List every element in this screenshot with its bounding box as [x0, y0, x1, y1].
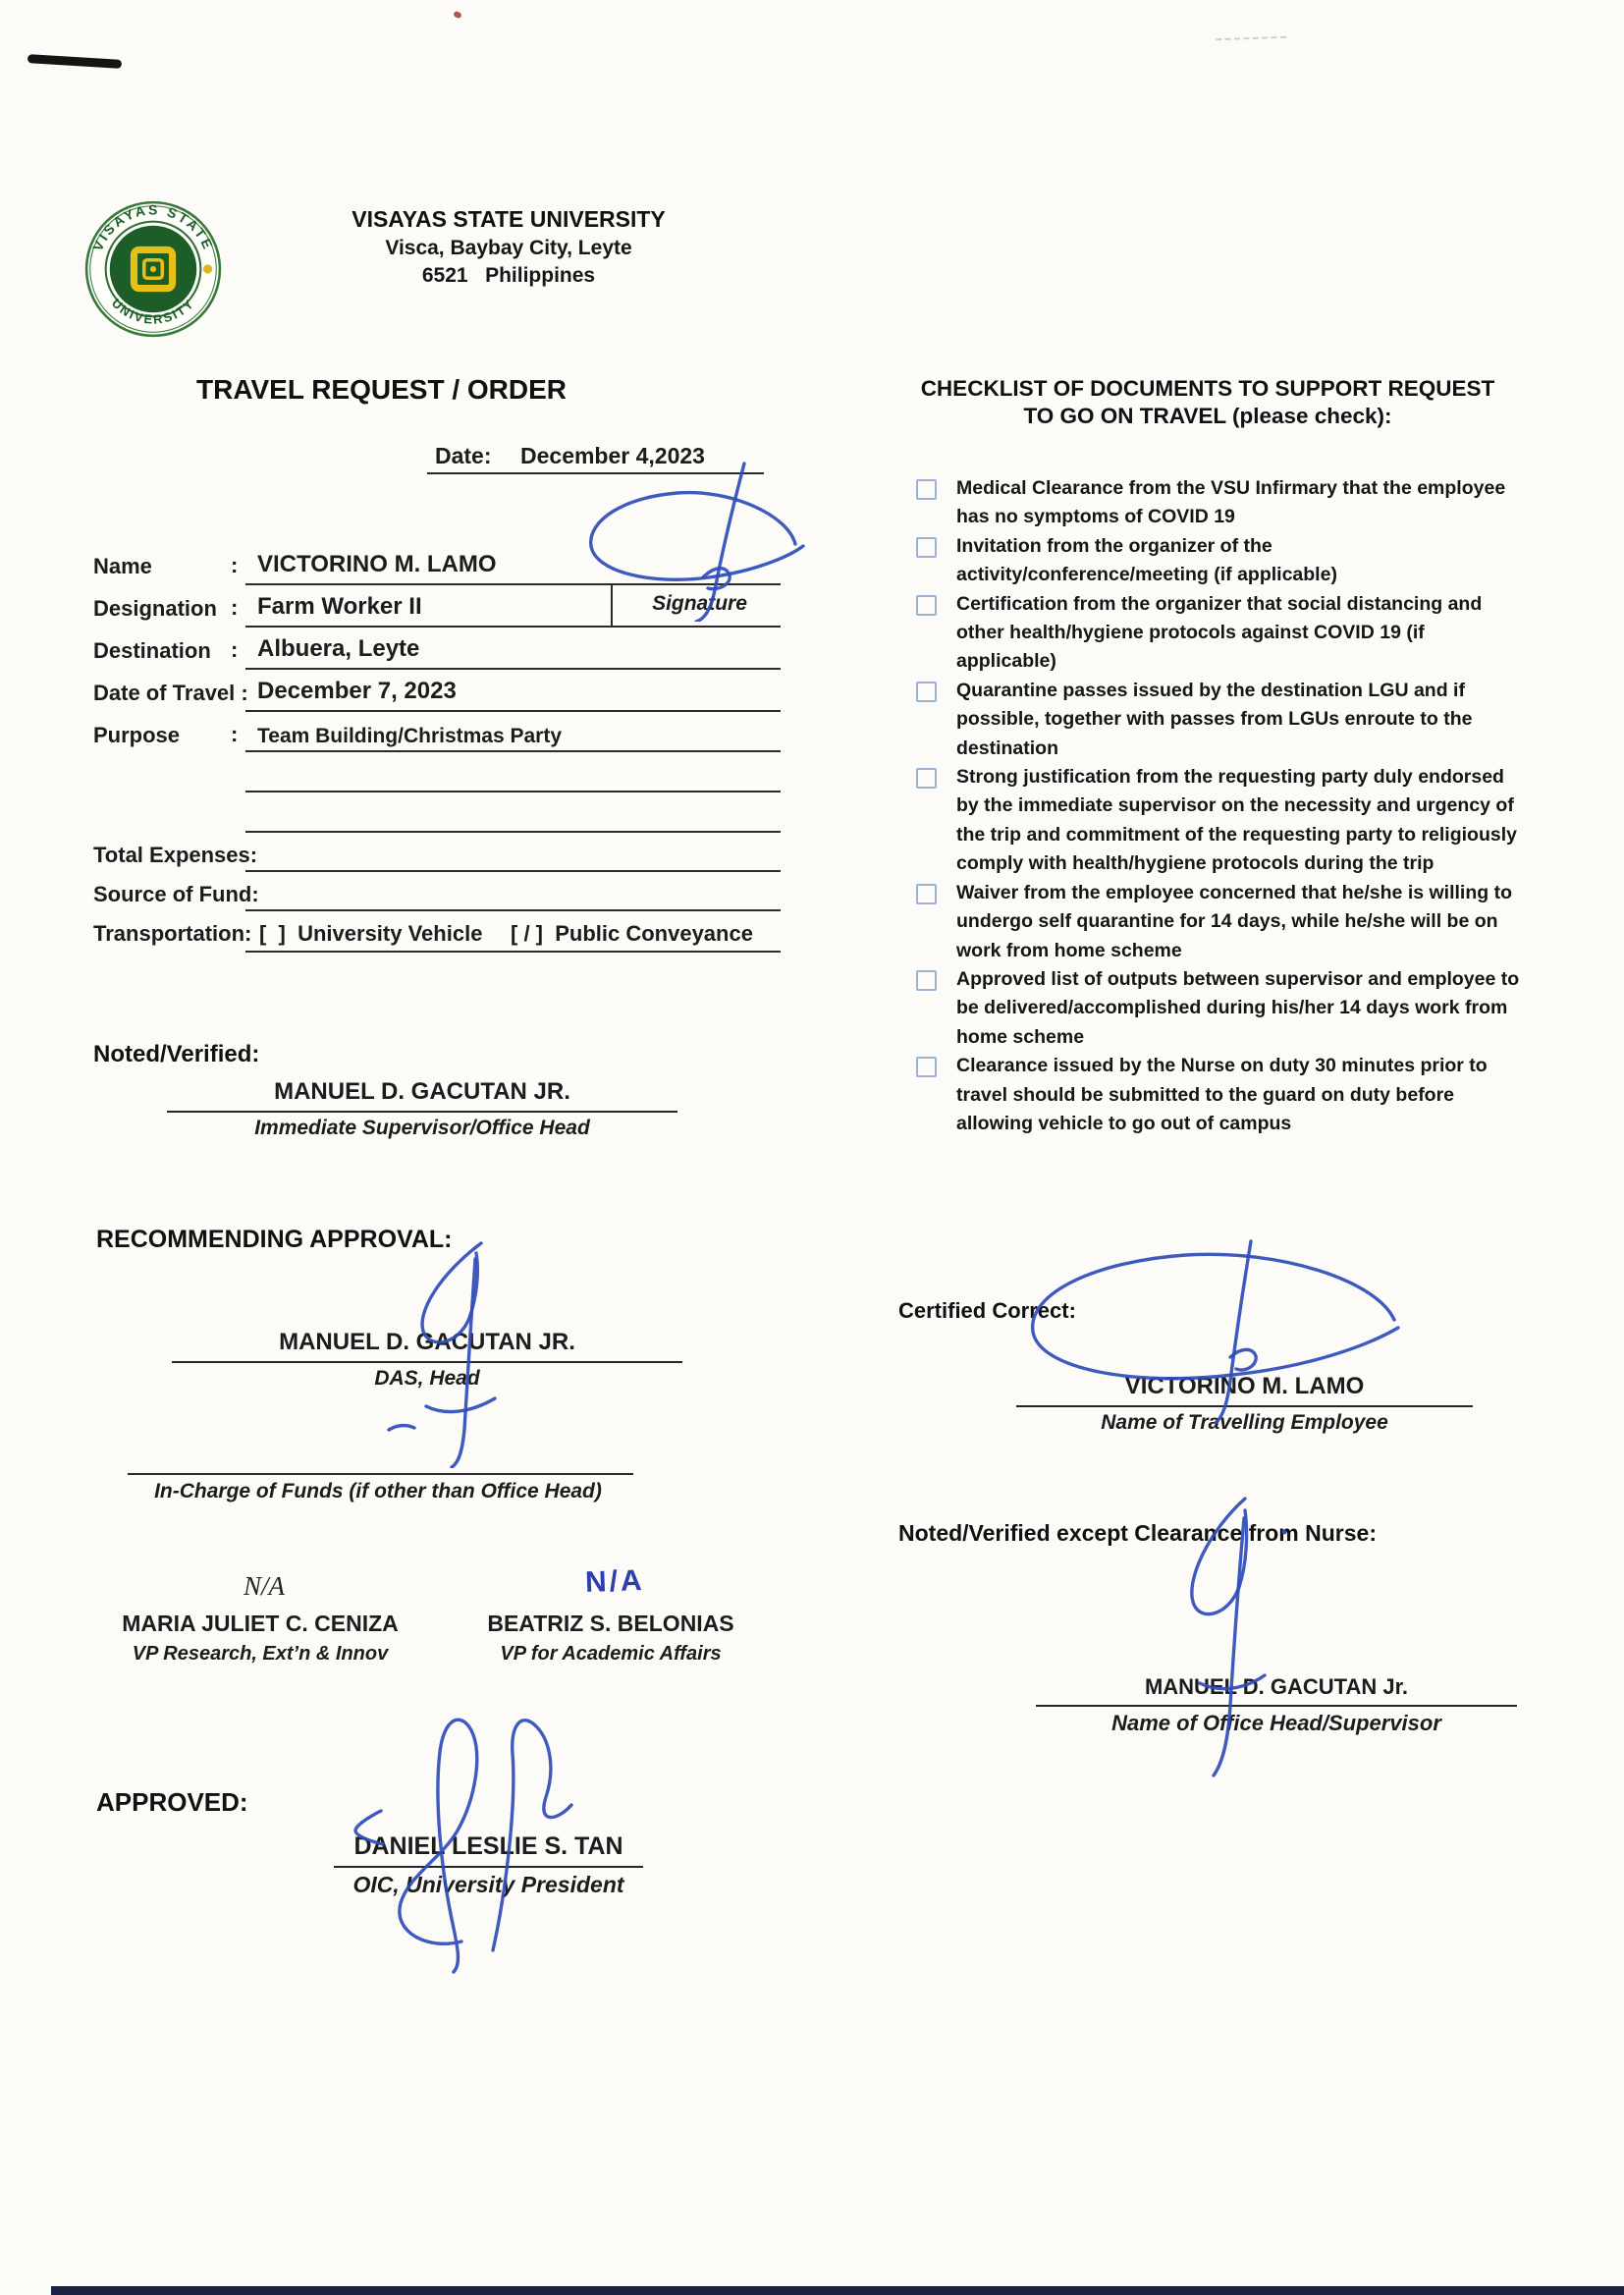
destination-label: Destination — [93, 638, 211, 664]
date-of-travel-underline — [245, 710, 781, 712]
destination-colon: : — [231, 637, 238, 663]
red-ink-dot-artifact — [453, 11, 462, 20]
designation-value: Farm Worker II — [257, 593, 422, 621]
checklist-item-text: Strong justification from the requesting… — [956, 763, 1527, 879]
noted-verified-label: Noted/Verified: — [93, 1041, 259, 1068]
checklist-item: Strong justification from the requesting… — [916, 763, 1527, 879]
vp-academic-block: BEATRIZ S. BELONIAS VP for Academic Affa… — [454, 1611, 768, 1666]
checklist-header: CHECKLIST OF DOCUMENTS TO SUPPORT REQUES… — [884, 375, 1532, 430]
checklist-item-text: Quarantine passes issued by the destinat… — [956, 677, 1527, 763]
office-head-title: Name of Office Head/Supervisor — [1036, 1707, 1517, 1736]
scan-edge-strip — [51, 2286, 1624, 2295]
date-label: Date: — [435, 443, 492, 469]
na-handwritten-annotation: N/A — [584, 1564, 645, 1600]
checklist-item-text: Invitation from the organizer of the act… — [956, 532, 1527, 590]
university-name: VISAYAS STATE UNIVERSITY — [283, 206, 734, 233]
designation-underline — [245, 626, 781, 628]
supervisor-signatory-block: MANUEL D. GACUTAN JR. Immediate Supervis… — [167, 1078, 677, 1140]
checklist-item-text: Certification from the organizer that so… — [956, 590, 1527, 677]
checklist-item: Quarantine passes issued by the destinat… — [916, 677, 1527, 763]
checklist-item: Clearance issued by the Nurse on duty 30… — [916, 1052, 1527, 1138]
vp-research-name: MARIA JULIET C. CENIZA — [103, 1611, 417, 1639]
total-expenses-underline — [245, 870, 781, 872]
checklist-item: Certification from the organizer that so… — [916, 590, 1527, 677]
vp-academic-title: VP for Academic Affairs — [454, 1639, 768, 1666]
source-of-fund-label: Source of Fund: — [93, 882, 259, 907]
vp-academic-name: BEATRIZ S. BELONIAS — [454, 1611, 768, 1639]
pencil-scratch-artifact — [1216, 36, 1286, 41]
checklist-items: Medical Clearance from the VSU Infirmary… — [916, 474, 1527, 1138]
checklist-title-line2: TO GO ON TRAVEL (please check): — [884, 403, 1532, 430]
seal-sun-icon — [203, 264, 212, 273]
source-of-fund-underline — [245, 909, 781, 911]
checkbox-icon[interactable] — [916, 682, 937, 702]
checklist-item-text: Waiver from the employee concerned that … — [956, 879, 1527, 965]
supervisor-name: MANUEL D. GACUTAN JR. — [167, 1078, 677, 1113]
checklist-item: Medical Clearance from the VSU Infirmary… — [916, 474, 1527, 532]
name-underline — [245, 583, 781, 585]
purpose-label: Purpose — [93, 723, 180, 748]
travelling-employee-block: VICTORINO M. LAMO Name of Travelling Emp… — [1016, 1373, 1473, 1435]
date-underline — [427, 472, 764, 474]
signature-label: Signature — [619, 592, 781, 616]
university-address-line1: Visca, Baybay City, Leyte — [283, 237, 734, 260]
checkbox-icon[interactable] — [916, 1057, 937, 1077]
name-value: VICTORINO M. LAMO — [257, 551, 497, 578]
checklist-title-line1: CHECKLIST OF DOCUMENTS TO SUPPORT REQUES… — [884, 375, 1532, 403]
date-value: December 4,2023 — [520, 443, 705, 469]
transportation-label: Transportation: — [93, 921, 251, 947]
purpose-colon: : — [231, 722, 238, 747]
office-head-block: MANUEL D. GACUTAN Jr. Name of Office Hea… — [1036, 1674, 1517, 1736]
university-seal-logo: VISAYAS STATE UNIVERSITY — [82, 198, 224, 340]
blank-line-2 — [245, 831, 781, 833]
designation-label: Designation — [93, 596, 217, 622]
transport-option-public: [ / ] Public Conveyance — [511, 921, 753, 947]
president-name: DANIEL LESLIE S. TAN — [334, 1832, 643, 1868]
in-charge-of-funds-title: In-Charge of Funds (if other than Office… — [103, 1480, 653, 1503]
vp-research-title: VP Research, Ext’n & Innov — [103, 1639, 417, 1666]
destination-underline — [245, 668, 781, 670]
noted-except-nurse-label: Noted/Verified except Clearance from Nur… — [898, 1520, 1377, 1547]
checklist-item-text: Approved list of outputs between supervi… — [956, 965, 1527, 1052]
pen-mark-artifact — [27, 54, 122, 69]
date-of-travel-value: December 7, 2023 — [257, 678, 457, 705]
letterhead: VISAYAS STATE UNIVERSITY Visca, Baybay C… — [283, 206, 734, 288]
signature-cell-divider — [611, 585, 613, 626]
das-head-title: DAS, Head — [172, 1363, 682, 1391]
transportation-underline — [245, 951, 781, 953]
president-title: OIC, University President — [334, 1868, 643, 1898]
checkbox-icon[interactable] — [916, 970, 937, 991]
das-head-name: MANUEL D. GACUTAN JR. — [172, 1329, 682, 1363]
checkbox-icon[interactable] — [916, 768, 937, 789]
designation-colon: : — [231, 595, 238, 621]
na-typed-annotation: N/A — [244, 1571, 285, 1602]
president-signatory-block: DANIEL LESLIE S. TAN OIC, University Pre… — [334, 1832, 643, 1898]
blank-line-1 — [245, 791, 781, 792]
approved-label: APPROVED: — [96, 1787, 248, 1818]
checklist-item: Invitation from the organizer of the act… — [916, 532, 1527, 590]
checkbox-icon[interactable] — [916, 595, 937, 616]
destination-value: Albuera, Leyte — [257, 635, 419, 663]
scanned-travel-order-page: VISAYAS STATE UNIVERSITY VISAYAS STATE U… — [0, 0, 1624, 2295]
certified-correct-label: Certified Correct: — [898, 1298, 1076, 1324]
travelling-employee-title: Name of Travelling Employee — [1016, 1407, 1473, 1435]
office-head-name: MANUEL D. GACUTAN Jr. — [1036, 1674, 1517, 1707]
checkbox-icon[interactable] — [916, 884, 937, 904]
checklist-item: Approved list of outputs between supervi… — [916, 965, 1527, 1052]
travelling-employee-name: VICTORINO M. LAMO — [1016, 1373, 1473, 1407]
funds-signature-line — [128, 1473, 633, 1475]
name-label: Name — [93, 554, 152, 579]
purpose-value: Team Building/Christmas Party — [257, 725, 562, 748]
checkbox-icon[interactable] — [916, 537, 937, 558]
recommending-approval-label: RECOMMENDING APPROVAL: — [96, 1226, 453, 1254]
purpose-underline — [245, 750, 781, 752]
name-colon: : — [231, 553, 238, 578]
checkbox-icon[interactable] — [916, 479, 937, 500]
vp-research-block: MARIA JULIET C. CENIZA VP Research, Ext’… — [103, 1611, 417, 1666]
total-expenses-label: Total Expenses: — [93, 843, 257, 868]
checklist-item-text: Clearance issued by the Nurse on duty 30… — [956, 1052, 1527, 1138]
checklist-item: Waiver from the employee concerned that … — [916, 879, 1527, 965]
form-title: TRAVEL REQUEST / ORDER — [196, 374, 567, 406]
transport-option-university: [ ] University Vehicle — [259, 921, 482, 947]
das-head-signatory-block: MANUEL D. GACUTAN JR. DAS, Head — [172, 1329, 682, 1391]
date-of-travel-label: Date of Travel : — [93, 681, 248, 706]
checklist-item-text: Medical Clearance from the VSU Infirmary… — [956, 474, 1527, 532]
supervisor-title: Immediate Supervisor/Office Head — [167, 1113, 677, 1140]
university-address-line2: 6521 Philippines — [283, 264, 734, 288]
